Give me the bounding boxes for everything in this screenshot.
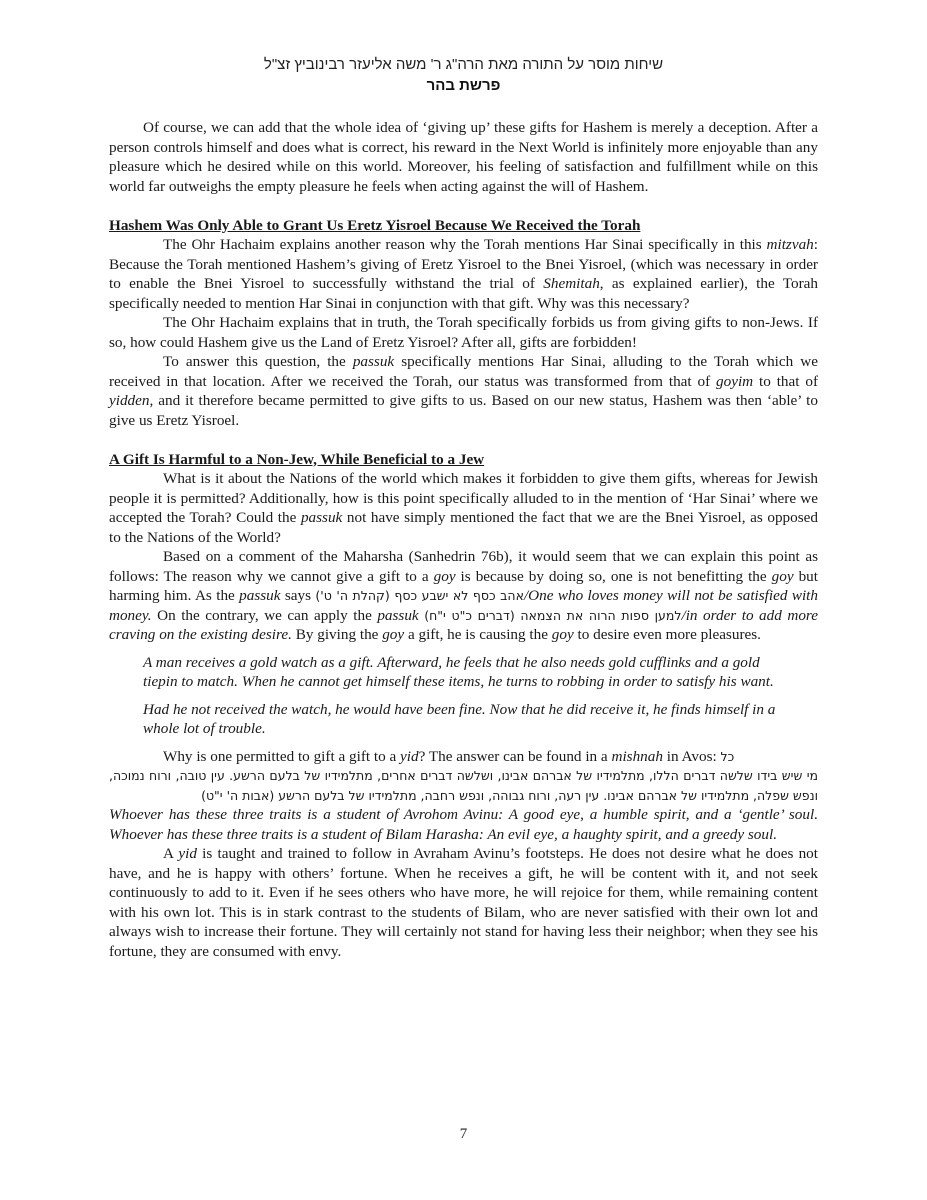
- block-quote-2: Had he not received the watch, he would …: [143, 700, 791, 739]
- section2-paragraph-4: A yid is taught and trained to follow in…: [109, 844, 818, 961]
- section2-paragraph-3: Why is one permitted to gift a gift to a…: [109, 747, 818, 767]
- block-quote-1: A man receives a gold watch as a gift. A…: [143, 653, 791, 692]
- section1-paragraph-2: The Ohr Hachaim explains that in truth, …: [109, 313, 818, 352]
- header-parsha: פרשת בהר: [0, 75, 927, 97]
- section1-paragraph-1: The Ohr Hachaim explains another reason …: [109, 235, 818, 313]
- section2-paragraph-1: What is it about the Nations of the worl…: [109, 469, 818, 547]
- section2-paragraph-2: Based on a comment of the Maharsha (Sanh…: [109, 547, 818, 645]
- section-heading-2: A Gift Is Harmful to a Non-Jew, While Be…: [109, 450, 818, 470]
- intro-paragraph: Of course, we can add that the whole ide…: [109, 118, 818, 196]
- section-heading-1: Hashem Was Only Able to Grant Us Eretz Y…: [109, 216, 818, 236]
- section1-paragraph-3: To answer this question, the passuk spec…: [109, 352, 818, 430]
- mishnah-translation: Whoever has these three traits is a stud…: [109, 805, 818, 844]
- document-body: Of course, we can add that the whole ide…: [109, 118, 818, 961]
- hebrew-mishnah: מי שיש בידו שלשה דברים הללו, מתלמידיו של…: [109, 766, 818, 805]
- hebrew-quote: אהב כסף לא ישבע כסף (קהלת ה' ט'): [315, 588, 524, 603]
- document-page: שיחות מוסר על התורה מאת הרה"ג ר' משה אלי…: [0, 0, 927, 1200]
- hebrew-quote: למען ספות הרוה את הצמאה (דברים כ"ט י"ח): [424, 608, 681, 623]
- header-title: שיחות מוסר על התורה מאת הרה"ג ר' משה אלי…: [0, 55, 927, 75]
- running-header: שיחות מוסר על התורה מאת הרה"ג ר' משה אלי…: [0, 55, 927, 97]
- page-number: 7: [0, 1126, 927, 1143]
